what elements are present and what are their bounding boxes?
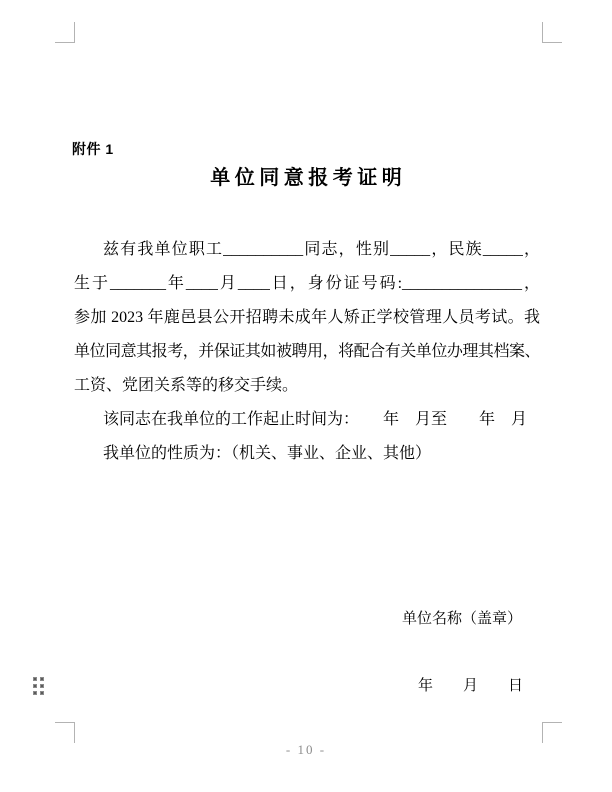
body-line-1: 兹有我单位职工__________同志，性别_____，民族_____， (74, 233, 540, 267)
crop-mark-bottom-left (55, 722, 75, 743)
body-line-7: 我单位的性质为：（机关、事业、企业、其他） (74, 437, 540, 471)
body-line-6: 该同志在我单位的工作起止时间为： 年 月至 年 月 (74, 403, 540, 437)
body-line-2: 生于_______年____月____日，身份证号码:_____________… (74, 267, 540, 301)
document-page: 附件 1 单位同意报考证明 兹有我单位职工__________同志，性别____… (0, 0, 612, 792)
crop-mark-bottom-right (542, 722, 562, 743)
body-line-4: 单位同意其报考，并保证其如被聘用，将配合有关单位办理其档案、 (74, 335, 540, 369)
unit-name-signature-label: 单位名称（盖章） (402, 607, 522, 628)
body-line-3: 参加 2023 年鹿邑县公开招聘未成年人矫正学校管理人员考试。我 (74, 301, 540, 335)
attachment-label: 附件 1 (72, 139, 114, 159)
document-title: 单位同意报考证明 (0, 161, 612, 190)
date-signature-label: 年 月 日 (418, 674, 523, 695)
body-line-5: 工资、党团关系等的移交手续。 (74, 369, 540, 403)
crop-mark-top-left (55, 22, 75, 43)
body-paragraph: 兹有我单位职工__________同志，性别_____，民族_____， 生于_… (74, 233, 540, 471)
crop-mark-top-right (542, 22, 562, 43)
page-number: - 10 - (0, 742, 612, 758)
drag-handle-dots-icon (33, 677, 44, 695)
